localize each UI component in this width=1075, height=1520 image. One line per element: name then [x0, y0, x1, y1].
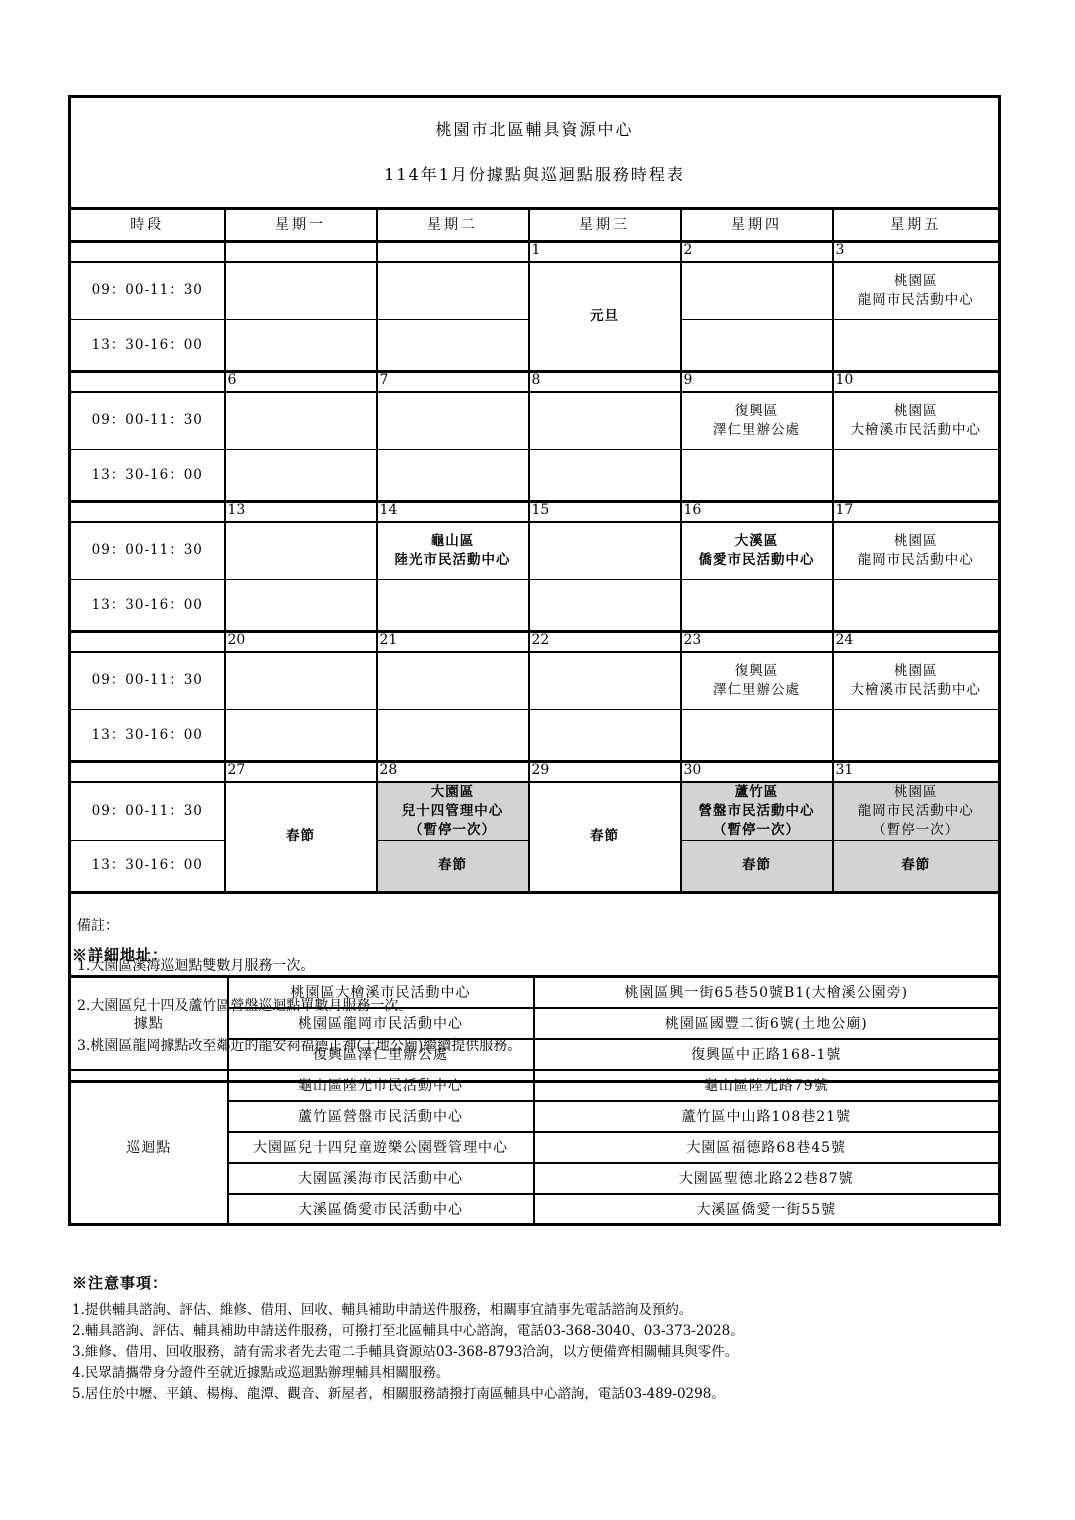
holiday-cell: 春節	[225, 782, 377, 893]
empty-cell	[70, 242, 225, 262]
empty-cell	[681, 320, 833, 372]
location-cell: 桃園區 大檜溪市民活動中心	[833, 652, 1000, 710]
time-slot-label: 09：00-11：30	[70, 262, 225, 320]
empty-cell	[225, 262, 377, 320]
holiday-cell: 春節	[529, 782, 681, 893]
column-header-thursday: 星期四	[681, 209, 833, 242]
table-title-block: 桃園市北區輔具資源中心 114年1月份據點與巡迴點服務時程表	[70, 97, 1000, 209]
page-subtitle: 114年1月份據點與巡迴點服務時程表	[71, 162, 998, 188]
site-name: 大園區溪海市民活動中心	[228, 1163, 534, 1194]
empty-cell	[377, 320, 529, 372]
date-cell: 1	[529, 242, 681, 262]
date-cell: 10	[833, 372, 1000, 392]
empty-cell	[70, 502, 225, 522]
date-cell: 3	[833, 242, 1000, 262]
site-name: 龜山區陸光市民活動中心	[228, 1070, 534, 1101]
time-slot-label: 13：30-16：00	[70, 840, 225, 892]
time-slot-label: 09：00-11：30	[70, 652, 225, 710]
empty-cell	[377, 450, 529, 502]
time-slot-label: 13：30-16：00	[70, 580, 225, 632]
time-slot-label: 09：00-11：30	[70, 782, 225, 841]
date-cell: 17	[833, 502, 1000, 522]
empty-cell	[377, 392, 529, 450]
date-cell: 23	[681, 632, 833, 652]
date-cell: 9	[681, 372, 833, 392]
date-cell	[225, 242, 377, 262]
location-cell-suspended: 桃園區 龍岡市民活動中心 （暫停一次）	[833, 782, 1000, 841]
empty-cell	[681, 450, 833, 502]
site-name: 復興區澤仁里辦公處	[228, 1039, 534, 1070]
address-table: 據點 桃園區大檜溪市民活動中心 桃園區興一街65巷50號B1(大檜溪公園旁) 桃…	[68, 975, 1001, 1226]
notice-list: 1.提供輔具諮詢、評估、維修、借用、回收、輔具補助申請送件服務，相關事宜請事先電…	[72, 1300, 1012, 1405]
site-address: 大溪區僑愛一街55號	[534, 1194, 1000, 1225]
site-address: 桃園區興一街65巷50號B1(大檜溪公園旁)	[534, 977, 1000, 1008]
location-cell-suspended: 大園區 兒十四管理中心 （暫停一次）	[377, 782, 529, 841]
empty-cell	[377, 580, 529, 632]
holiday-cell: 春節	[377, 840, 529, 892]
time-slot-label: 13：30-16：00	[70, 320, 225, 372]
location-cell: 桃園區 大檜溪市民活動中心	[833, 392, 1000, 450]
table-row: 巡迴點 龜山區陸光市民活動中心 龜山區陸光路79號	[70, 1070, 1000, 1101]
time-slot-label: 13：30-16：00	[70, 710, 225, 762]
empty-cell	[377, 652, 529, 710]
notice-item: 2.輔具諮詢、評估、輔具補助申請送件服務，可撥打至北區輔具中心諮詢，電話03-3…	[72, 1321, 1012, 1342]
group-label-xunhuidian: 巡迴點	[70, 1070, 228, 1225]
date-cell: 24	[833, 632, 1000, 652]
date-cell	[377, 242, 529, 262]
remark-item: 1.大園區溪海巡迴點雙數月服務一次。	[77, 956, 992, 977]
date-cell: 22	[529, 632, 681, 652]
empty-cell	[225, 710, 377, 762]
empty-cell	[833, 710, 1000, 762]
time-slot-label: 13：30-16：00	[70, 450, 225, 502]
location-cell: 復興區 澤仁里辦公處	[681, 652, 833, 710]
location-cell: 龜山區 陸光市民活動中心	[377, 522, 529, 580]
notice-item: 5.居住於中壢、平鎮、楊梅、龍潭、觀音、新屋者，相關服務請撥打南區輔具中心諮詢，…	[72, 1384, 1012, 1405]
site-address: 蘆竹區中山路108巷21號	[534, 1101, 1000, 1132]
empty-cell	[225, 392, 377, 450]
empty-cell	[833, 450, 1000, 502]
holiday-cell: 春節	[833, 840, 1000, 892]
empty-cell	[70, 372, 225, 392]
date-cell: 27	[225, 762, 377, 782]
schedule-table: 桃園市北區輔具資源中心 114年1月份據點與巡迴點服務時程表 時段 星期一 星期…	[68, 95, 1001, 1083]
empty-cell	[833, 320, 1000, 372]
notice-item: 1.提供輔具諮詢、評估、維修、借用、回收、輔具補助申請送件服務，相關事宜請事先電…	[72, 1300, 1012, 1321]
column-header-wednesday: 星期三	[529, 209, 681, 242]
date-cell: 30	[681, 762, 833, 782]
empty-cell	[529, 392, 681, 450]
holiday-cell: 春節	[681, 840, 833, 892]
group-label-judian: 據點	[70, 977, 228, 1070]
column-header-friday: 星期五	[833, 209, 1000, 242]
date-cell: 21	[377, 632, 529, 652]
site-name: 桃園區大檜溪市民活動中心	[228, 977, 534, 1008]
site-address: 大園區福德路68巷45號	[534, 1132, 1000, 1163]
remarks-title: 備註：	[77, 916, 992, 937]
location-cell-suspended: 蘆竹區 營盤市民活動中心 （暫停一次）	[681, 782, 833, 841]
date-cell: 29	[529, 762, 681, 782]
empty-cell	[529, 522, 681, 580]
location-cell: 大溪區 僑愛市民活動中心	[681, 522, 833, 580]
empty-cell	[529, 652, 681, 710]
time-slot-label: 09：00-11：30	[70, 392, 225, 450]
empty-cell	[225, 580, 377, 632]
location-cell: 復興區 澤仁里辦公處	[681, 392, 833, 450]
site-name: 大園區兒十四兒童遊樂公園暨管理中心	[228, 1132, 534, 1163]
date-cell: 6	[225, 372, 377, 392]
schedule-section: 桃園市北區輔具資源中心 114年1月份據點與巡迴點服務時程表 時段 星期一 星期…	[68, 95, 1001, 1083]
site-name: 大溪區僑愛市民活動中心	[228, 1194, 534, 1225]
date-cell: 31	[833, 762, 1000, 782]
empty-cell	[377, 262, 529, 320]
site-address: 復興區中正路168-1號	[534, 1039, 1000, 1070]
holiday-cell: 元旦	[529, 262, 681, 372]
empty-cell	[529, 710, 681, 762]
date-cell: 20	[225, 632, 377, 652]
location-cell: 桃園區 龍岡市民活動中心	[833, 262, 1000, 320]
address-section-heading: ※詳細地址：	[72, 944, 168, 965]
notice-item: 3.維修、借用、回收服務，請有需求者先去電二手輔具資源站03-368-8793洽…	[72, 1342, 1012, 1363]
empty-cell	[377, 710, 529, 762]
time-slot-label: 09：00-11：30	[70, 522, 225, 580]
date-cell: 28	[377, 762, 529, 782]
empty-cell	[225, 652, 377, 710]
column-header-time: 時段	[70, 209, 225, 242]
date-cell: 2	[681, 242, 833, 262]
empty-cell	[681, 710, 833, 762]
location-cell: 桃園區 龍岡市民活動中心	[833, 522, 1000, 580]
notice-section-heading: ※注意事項：	[72, 1272, 168, 1293]
empty-cell	[681, 580, 833, 632]
empty-cell	[529, 580, 681, 632]
empty-cell	[225, 450, 377, 502]
column-header-monday: 星期一	[225, 209, 377, 242]
column-header-tuesday: 星期二	[377, 209, 529, 242]
page-title: 桃園市北區輔具資源中心	[71, 117, 998, 143]
date-cell: 16	[681, 502, 833, 522]
site-address: 大園區聖德北路22巷87號	[534, 1163, 1000, 1194]
table-row: 據點 桃園區大檜溪市民活動中心 桃園區興一街65巷50號B1(大檜溪公園旁)	[70, 977, 1000, 1008]
date-cell: 14	[377, 502, 529, 522]
site-address: 龜山區陸光路79號	[534, 1070, 1000, 1101]
empty-cell	[225, 522, 377, 580]
empty-cell	[70, 762, 225, 782]
notice-item: 4.民眾請攜帶身分證件至就近據點或巡迴點辦理輔具相關服務。	[72, 1363, 1012, 1384]
date-cell: 7	[377, 372, 529, 392]
date-cell: 8	[529, 372, 681, 392]
date-cell: 13	[225, 502, 377, 522]
site-address: 桃園區國豐二街6號(土地公廟)	[534, 1008, 1000, 1039]
empty-cell	[681, 262, 833, 320]
empty-cell	[225, 320, 377, 372]
site-name: 蘆竹區營盤市民活動中心	[228, 1101, 534, 1132]
empty-cell	[70, 632, 225, 652]
date-cell: 15	[529, 502, 681, 522]
site-name: 桃園區龍岡市民活動中心	[228, 1008, 534, 1039]
empty-cell	[529, 450, 681, 502]
empty-cell	[833, 580, 1000, 632]
